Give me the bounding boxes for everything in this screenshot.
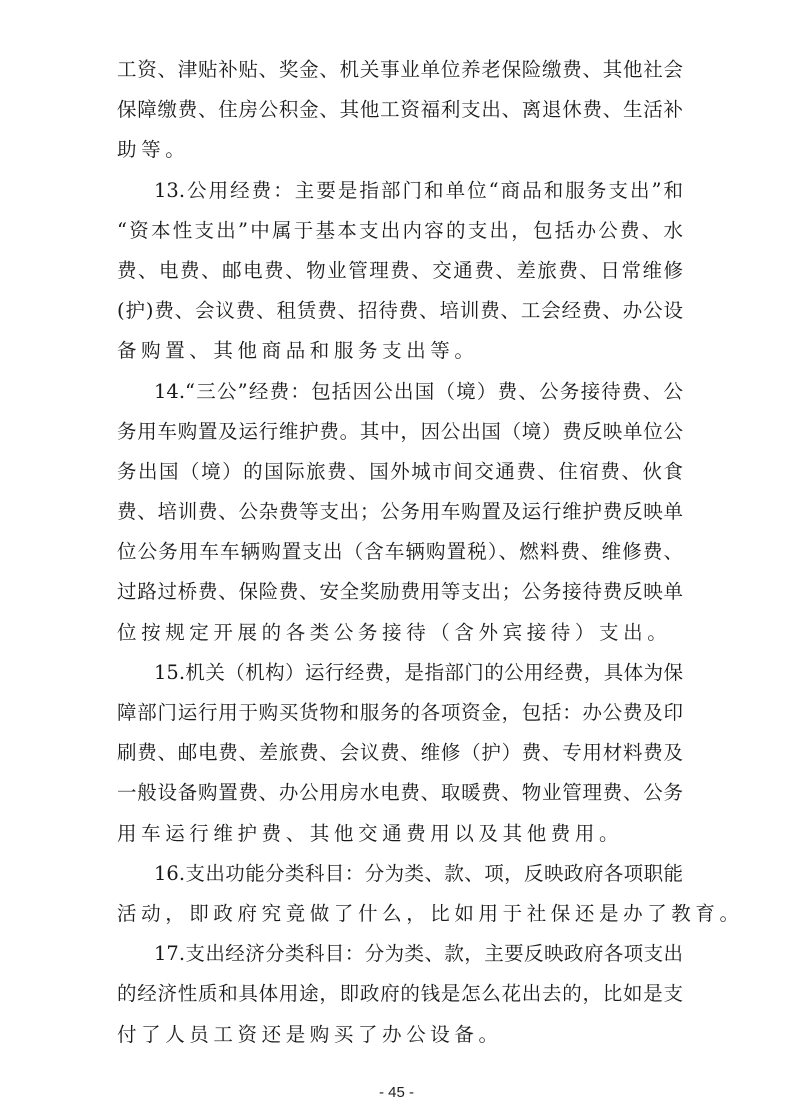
text-line: 备购置、其他商品和服务支出等。 bbox=[117, 331, 683, 371]
text-line: 过路过桥费、保险费、安全奖励费用等支出；公务接待费反映单 bbox=[117, 572, 683, 612]
paragraph-item-16: 16.支出功能分类科目：分为类、款、项，反映政府各项职能 活动，即政府究竟做了什… bbox=[117, 854, 683, 934]
paragraph-item-15: 15.机关（机构）运行经费，是指部门的公用经费，具体为保 障部门运行用于购买货物… bbox=[117, 653, 683, 854]
text-line: 保障缴费、住房公积金、其他工资福利支出、离退休费、生活补 bbox=[117, 90, 683, 130]
text-line: 助等。 bbox=[117, 130, 683, 170]
text-line: 用车运行维护费、其他交通费用以及其他费用。 bbox=[117, 814, 683, 854]
paragraph-item-13: 13.公用经费：主要是指部门和单位“商品和服务支出”和 “资本性支出”中属于基本… bbox=[117, 171, 683, 372]
paragraph-item-17: 17.支出经济分类科目：分为类、款，主要反映政府各项支出 的经济性质和具体用途，… bbox=[117, 934, 683, 1055]
page-number: - 45 - bbox=[0, 1084, 793, 1101]
paragraph-item-14: 14.“三公”经费：包括因公出国（境）费、公务接待费、公 务用车购置及运行维护费… bbox=[117, 372, 683, 653]
text-line: 活动，即政府究竟做了什么，比如用于社保还是办了教育。 bbox=[117, 894, 683, 934]
text-line: 位公务用车车辆购置支出（含车辆购置税）、燃料费、维修费、 bbox=[117, 532, 683, 572]
text-line: 务用车购置及运行维护费。其中，因公出国（境）费反映单位公 bbox=[117, 412, 683, 452]
text-line: 位按规定开展的各类公务接待（含外宾接待）支出。 bbox=[117, 613, 683, 653]
text-line: 16.支出功能分类科目：分为类、款、项，反映政府各项职能 bbox=[117, 854, 683, 894]
text-line: 15.机关（机构）运行经费，是指部门的公用经费，具体为保 bbox=[117, 653, 683, 693]
document-page: 工资、津贴补贴、奖金、机关事业单位养老保险缴费、其他社会 保障缴费、住房公积金、… bbox=[117, 50, 683, 1055]
text-line: 一般设备购置费、办公用房水电费、取暖费、物业管理费、公务 bbox=[117, 773, 683, 813]
text-line: 费、培训费、公杂费等支出；公务用车购置及运行维护费反映单 bbox=[117, 492, 683, 532]
paragraph-continuation: 工资、津贴补贴、奖金、机关事业单位养老保险缴费、其他社会 保障缴费、住房公积金、… bbox=[117, 50, 683, 171]
text-line: 14.“三公”经费：包括因公出国（境）费、公务接待费、公 bbox=[117, 372, 683, 412]
text-line: 付了人员工资还是购买了办公设备。 bbox=[117, 1015, 683, 1055]
text-line: 务出国（境）的国际旅费、国外城市间交通费、住宿费、伙食 bbox=[117, 452, 683, 492]
text-line: (护)费、会议费、租赁费、招待费、培训费、工会经费、办公设 bbox=[117, 291, 683, 331]
text-line: 工资、津贴补贴、奖金、机关事业单位养老保险缴费、其他社会 bbox=[117, 50, 683, 90]
text-line: 费、电费、邮电费、物业管理费、交通费、差旅费、日常维修 bbox=[117, 251, 683, 291]
text-line: 17.支出经济分类科目：分为类、款，主要反映政府各项支出 bbox=[117, 934, 683, 974]
text-line: 13.公用经费：主要是指部门和单位“商品和服务支出”和 bbox=[117, 171, 683, 211]
text-line: 刷费、邮电费、差旅费、会议费、维修（护）费、专用材料费及 bbox=[117, 733, 683, 773]
text-line: 的经济性质和具体用途，即政府的钱是怎么花出去的，比如是支 bbox=[117, 974, 683, 1014]
text-line: “资本性支出”中属于基本支出内容的支出，包括办公费、水 bbox=[117, 211, 683, 251]
text-line: 障部门运行用于购买货物和服务的各项资金，包括：办公费及印 bbox=[117, 693, 683, 733]
